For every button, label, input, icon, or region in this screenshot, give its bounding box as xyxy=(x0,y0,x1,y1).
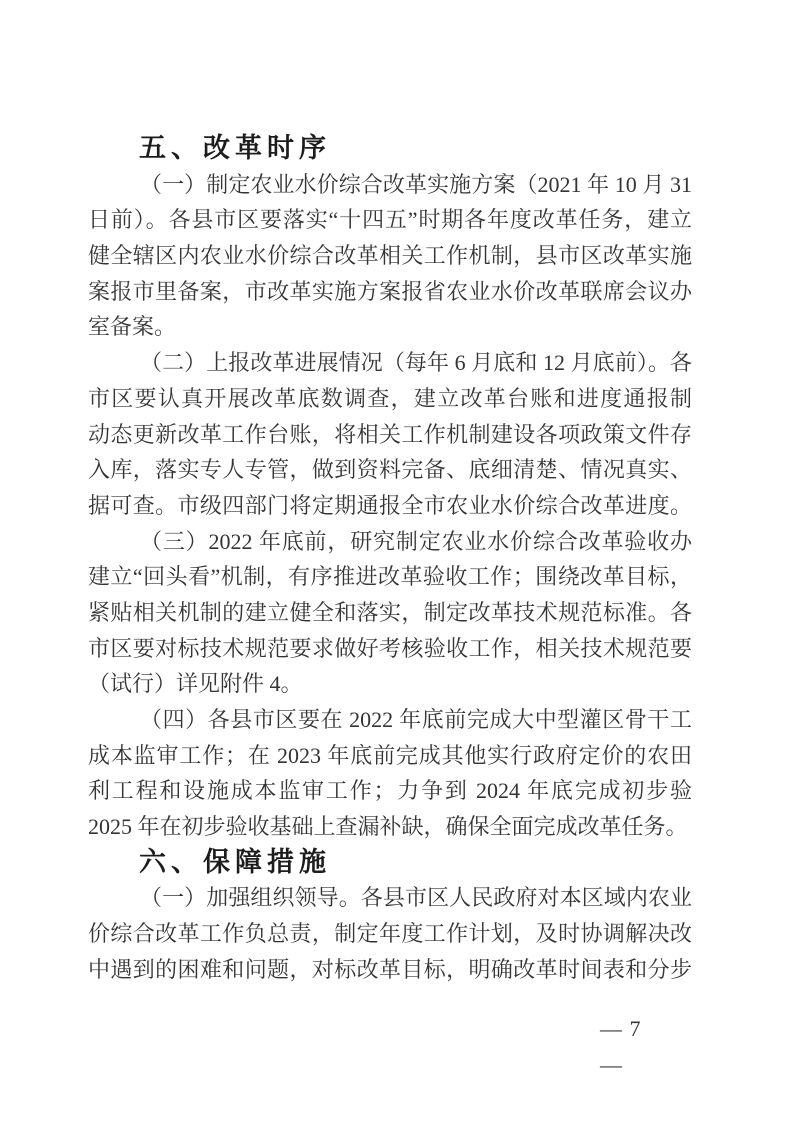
scanned-document-page: 五、改革时序（一）制定农业水价综合改革实施方案（2021 年 10 月 31日前… xyxy=(0,0,793,1121)
body-text-line: 成本监审工作；在 2023 年底前完成其他实行政府定价的农田水 xyxy=(88,738,692,774)
body-text-line: 案报市里备案，市改革实施方案报省农业水价改革联席会议办公 xyxy=(88,274,692,310)
body-text-line: 入库，落实专人专管，做到资料完备、底细清楚、情况真实、有 xyxy=(88,452,692,488)
body-text-line: （二）上报改革进展情况（每年 6 月底和 12 月底前）。各县 xyxy=(88,345,692,381)
page-number: — 7 — xyxy=(600,1011,670,1047)
body-text-line: 日前）。各县市区要落实“十四五”时期各年度改革任务，建立 xyxy=(88,202,692,238)
body-text-line: 健全辖区内农业水价综合改革相关工作机制，县市区改革实施方 xyxy=(88,238,692,274)
body-text-line: （一）制定农业水价综合改革实施方案（2021 年 10 月 31 xyxy=(88,167,692,203)
body-text-line: （试行）详见附件 4。 xyxy=(88,666,692,702)
section-heading: 六、保障措施 xyxy=(88,845,692,881)
section-heading: 五、改革时序 xyxy=(88,131,692,167)
body-text-line: 2025 年在初步验收基础上查漏补缺，确保全面完成改革任务。 xyxy=(88,809,692,845)
body-text-line: 市区要对标技术规范要求做好考核验收工作，相关技术规范要求 xyxy=(88,631,692,667)
body-text-line: （四）各县市区要在 2022 年底前完成大中型灌区骨干工程 xyxy=(88,702,692,738)
body-text-line: 市区要认真开展改革底数调查，建立改革台账和进度通报制度， xyxy=(88,381,692,417)
body-text-line: 建立“回头看”机制，有序推进改革验收工作；围绕改革目标， xyxy=(88,559,692,595)
body-text-line: 室备案。 xyxy=(88,309,692,345)
body-text-line: （一）加强组织领导。各县市区人民政府对本区域内农业水 xyxy=(88,880,692,916)
document-body: 五、改革时序（一）制定农业水价综合改革实施方案（2021 年 10 月 31日前… xyxy=(88,131,692,988)
body-text-line: （三）2022 年底前，研究制定农业水价综合改革验收办法， xyxy=(88,524,692,560)
body-text-line: 据可查。市级四部门将定期通报全市农业水价综合改革进度。 xyxy=(88,488,692,524)
body-text-line: 动态更新改革工作台账，将相关工作机制建设各项政策文件存档 xyxy=(88,417,692,453)
body-text-line: 中遇到的困难和问题，对标改革目标，明确改革时间表和分步实 xyxy=(88,952,692,988)
body-text-line: 利工程和设施成本监审工作；力争到 2024 年底完成初步验收， xyxy=(88,773,692,809)
body-text-line: 紧贴相关机制的建立健全和落实，制定改革技术规范标准。各县 xyxy=(88,595,692,631)
body-text-line: 价综合改革工作负总责，制定年度工作计划，及时协调解决改革 xyxy=(88,916,692,952)
